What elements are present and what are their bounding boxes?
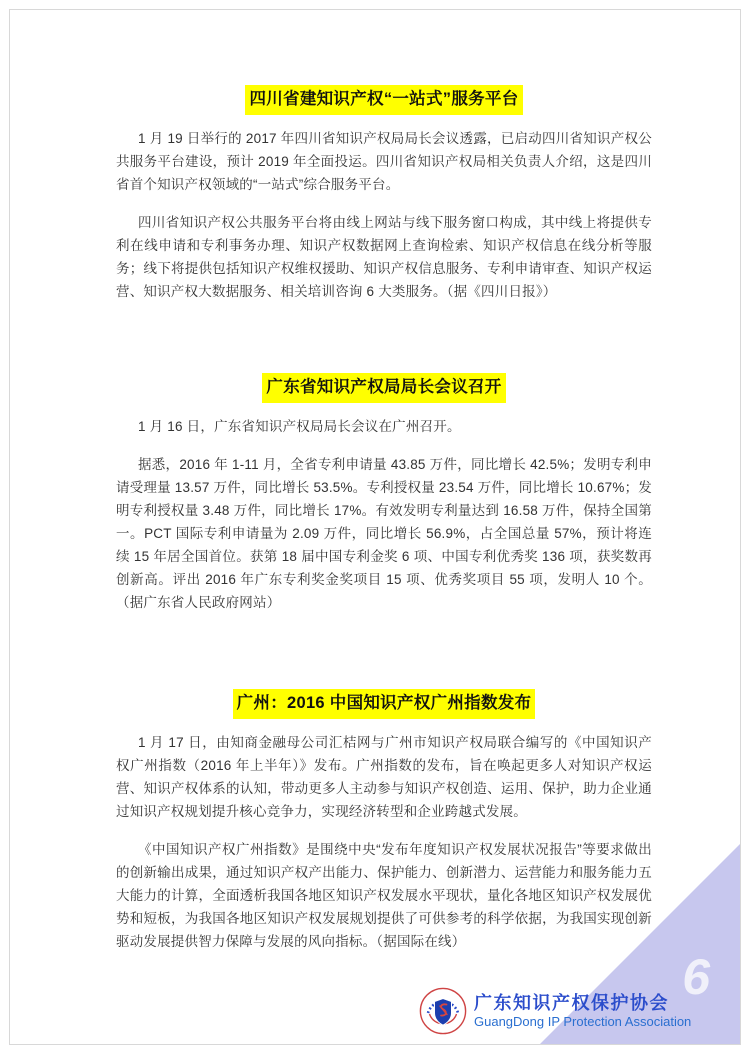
- document-page: 四川省建知识产权“一站式”服务平台 1 月 19 日举行的 2017 年四川省知…: [9, 9, 741, 1045]
- org-name-chinese: 广东知识产权保护协会: [474, 992, 691, 1014]
- gdipa-seal-icon: [419, 987, 467, 1035]
- section-guangdong-meeting: 广东省知识产权局局长会议召开 1 月 16 日，广东省知识产权局局长会议在广州召…: [116, 373, 652, 614]
- paragraph: 1 月 17 日，由知商金融母公司汇桔网与广州市知识产权局联合编写的《中国知识产…: [116, 731, 652, 823]
- paragraph: 据悉，2016 年 1-11 月，全省专利申请量 43.85 万件，同比增长 4…: [116, 453, 652, 614]
- org-name-english: GuangDong IP Protection Association: [474, 1014, 691, 1030]
- paragraph: 四川省知识产权公共服务平台将由线上网站与线下服务窗口构成，其中线上将提供专利在线…: [116, 211, 652, 303]
- section-title-row: 四川省建知识产权“一站式”服务平台: [116, 85, 652, 115]
- section-title-highlight: 广东省知识产权局局长会议召开: [262, 373, 505, 403]
- screenshot-canvas: 四川省建知识产权“一站式”服务平台 1 月 19 日举行的 2017 年四川省知…: [0, 0, 750, 1054]
- section-title-highlight: 广州：2016 中国知识产权广州指数发布: [233, 689, 536, 719]
- footer-branding: 广东知识产权保护协会 GuangDong IP Protection Assoc…: [419, 987, 691, 1035]
- section-title-row: 广东省知识产权局局长会议召开: [116, 373, 652, 403]
- section-title-row: 广州：2016 中国知识产权广州指数发布: [116, 689, 652, 719]
- page-content: 四川省建知识产权“一站式”服务平台 1 月 19 日举行的 2017 年四川省知…: [10, 10, 740, 953]
- section-sichuan-platform: 四川省建知识产权“一站式”服务平台 1 月 19 日举行的 2017 年四川省知…: [116, 85, 652, 303]
- paragraph: 1 月 19 日举行的 2017 年四川省知识产权局局长会议透露，已启动四川省知…: [116, 127, 652, 196]
- section-title-highlight: 四川省建知识产权“一站式”服务平台: [245, 85, 522, 115]
- paragraph: 1 月 16 日，广东省知识产权局局长会议在广州召开。: [116, 415, 652, 438]
- section-guangzhou-index: 广州：2016 中国知识产权广州指数发布 1 月 17 日，由知商金融母公司汇桔…: [116, 689, 652, 953]
- footer-org-names: 广东知识产权保护协会 GuangDong IP Protection Assoc…: [474, 992, 691, 1030]
- paragraph: 《中国知识产权广州指数》是围绕中央“发布年度知识产权发展状况报告”等要求做出的创…: [116, 838, 652, 953]
